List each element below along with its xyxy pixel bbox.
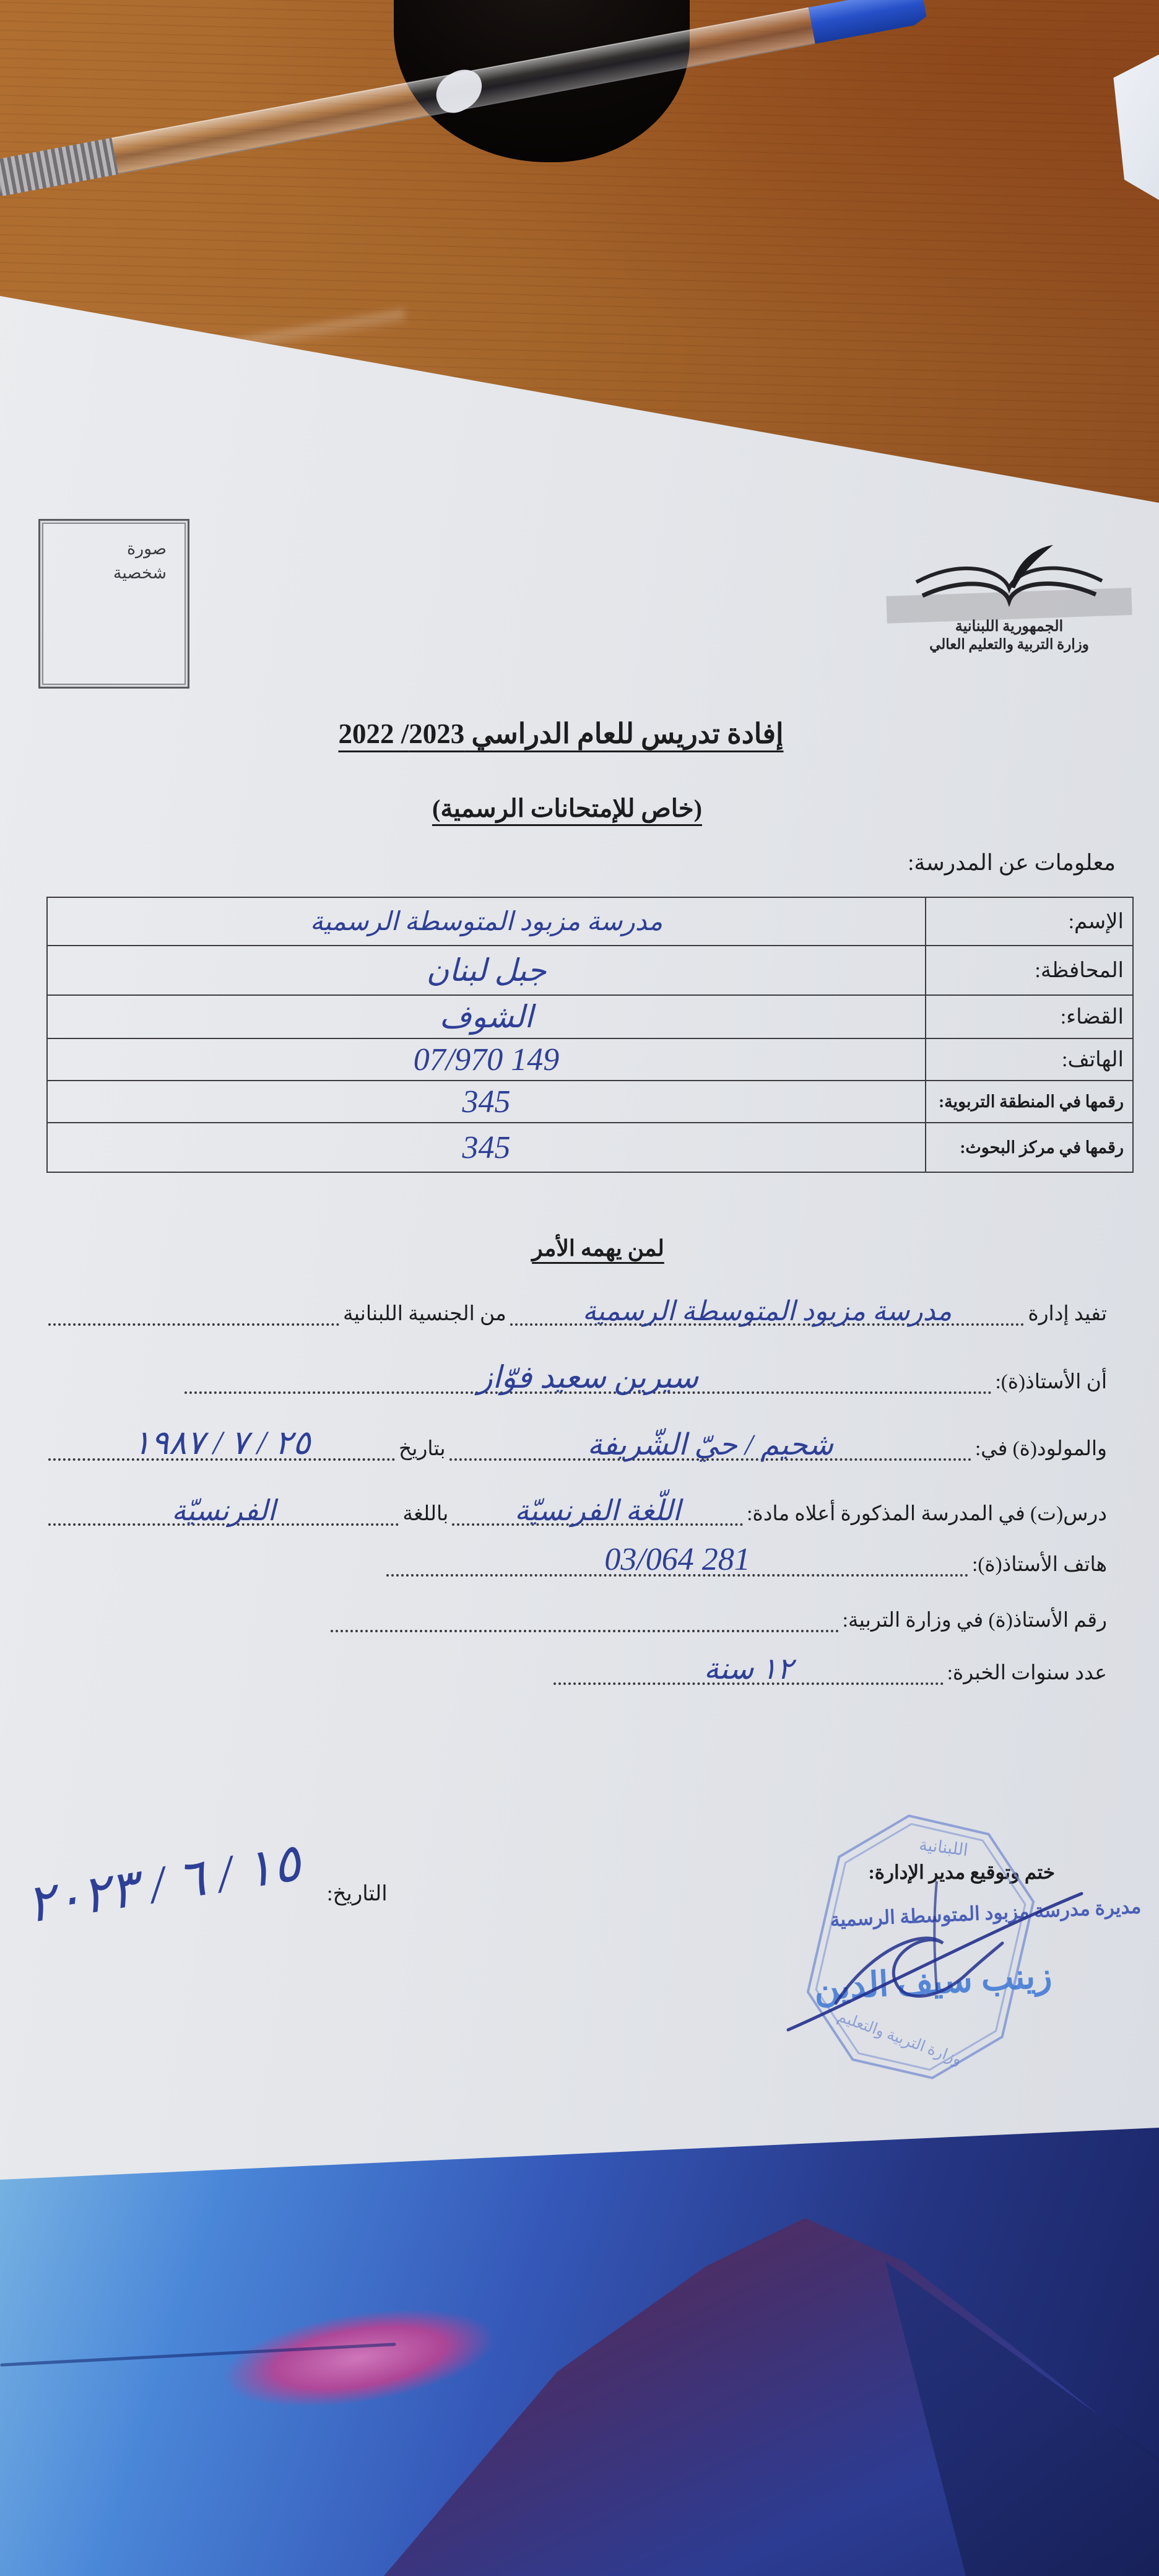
empty-blank (48, 1291, 339, 1326)
letter-line: والمولود(ة) في: شحيم / حيّ الشّريفة بتار… (48, 1426, 1111, 1461)
handwritten-language: الفرنسيّة (48, 1494, 399, 1527)
line-text: والمولود(ة) في: (971, 1436, 1111, 1461)
line-text: من الجنسية اللبنانية (339, 1301, 510, 1326)
table-row: رقمها في المنطقة التربوية: 345 (48, 1080, 1132, 1122)
row-value-handwritten: جبل لبنان (427, 952, 547, 988)
personal-photo-box: صورة شخصية (38, 519, 189, 689)
filled-blank: شحيم / حيّ الشّريفة (449, 1426, 971, 1461)
table-row: القضاء: الشوف (48, 994, 1132, 1038)
row-label: القضاء: (925, 996, 1132, 1038)
row-value-handwritten: 345 (462, 1084, 511, 1120)
filled-blank: 03/064 281 (386, 1542, 968, 1577)
filled-blank: سيرين سعيد فوّاز (184, 1359, 992, 1394)
row-value-handwritten: مدرسة مزبود المتوسطة الرسمية (310, 906, 662, 937)
handwritten-birthdate: ٢٥ / ٧ / ١٩٨٧ (48, 1423, 395, 1462)
row-value-handwritten: 345 (462, 1129, 511, 1166)
letter-line: درس(ت) في المدرسة المذكورة أعلاه مادة: ا… (48, 1491, 1111, 1526)
line-text: رقم الأستاذ(ة) في وزارة التربية: (839, 1608, 1111, 1632)
date-label: التاريخ: (327, 1881, 388, 1906)
table-row: الإسم: مدرسة مزبود المتوسطة الرسمية (48, 898, 1132, 945)
row-label: رقمها في المنطقة التربوية: (925, 1081, 1132, 1122)
handwritten-birthplace: شحيم / حيّ الشّريفة (449, 1427, 971, 1462)
ministry-name-line2: وزارة التربية والتعليم العالي (879, 637, 1139, 653)
line-text: بتاريخ (395, 1436, 449, 1461)
row-label: الهاتف: (925, 1039, 1132, 1080)
empty-blank (331, 1598, 839, 1632)
handwritten-school-name: مدرسة مزبود المتوسطة الرسمية (510, 1295, 1025, 1327)
photo-box-label-line2: شخصية (40, 561, 167, 585)
filled-blank: اللّغة الفرنسيّة (452, 1491, 743, 1526)
filled-blank: مدرسة مزبود المتوسطة الرسمية (510, 1291, 1025, 1326)
photo-of-document: صورة شخصية الجمهورية اللبنانية وزارة الت… (0, 0, 1159, 2576)
letter-line: عدد سنوات الخبرة: ١٢ سنة (553, 1650, 1111, 1685)
letter-line: هاتف الأستاذ(ة): 03/064 281 (386, 1542, 1111, 1577)
row-value-handwritten: 07/970 149 (414, 1042, 559, 1078)
ministry-logo: الجمهورية اللبنانية وزارة التربية والتعل… (879, 544, 1139, 674)
letter-line: رقم الأستاذ(ة) في وزارة التربية: (331, 1598, 1111, 1632)
document-subtitle: (خاص للإمتحانات الرسمية) (369, 794, 765, 823)
filled-blank: ٢٥ / ٧ / ١٩٨٧ (48, 1426, 395, 1461)
row-label: المحافظة: (925, 946, 1132, 994)
line-text: أن الأستاذ(ة): (992, 1369, 1111, 1394)
row-label: الإسم: (925, 898, 1132, 945)
table-row: الهاتف: 07/970 149 (48, 1038, 1132, 1080)
line-text: باللغة (399, 1501, 452, 1526)
line-text: عدد سنوات الخبرة: (944, 1660, 1111, 1685)
table-row: رقمها في مركز البحوث: 345 (48, 1122, 1132, 1172)
letter-heading: لمن يهمه الأمر (518, 1235, 679, 1261)
row-label: رقمها في مركز البحوث: (925, 1123, 1132, 1172)
ministry-name-line1: الجمهورية اللبنانية (879, 617, 1139, 635)
filled-blank: الفرنسيّة (48, 1491, 399, 1526)
line-text: درس(ت) في المدرسة المذكورة أعلاه مادة: (743, 1501, 1111, 1526)
handwritten-teacher-name: سيرين سعيد فوّاز (184, 1359, 992, 1395)
school-info-heading: معلومات عن المدرسة: (908, 850, 1116, 876)
handwritten-subject: اللّغة الفرنسيّة (452, 1494, 743, 1527)
signature-scribble (777, 1876, 1099, 2050)
line-text: تفيد إدارة (1024, 1301, 1111, 1326)
document-title: إفادة تدريس للعام الدراسي 2023/ 2022 (270, 717, 852, 750)
line-text: هاتف الأستاذ(ة): (968, 1552, 1111, 1577)
letter-line: تفيد إدارة مدرسة مزبود المتوسطة الرسمية … (48, 1291, 1111, 1326)
handwritten-date: ١٥ / ٦ / ٢٠٢٣ (6, 1829, 321, 1938)
handwritten-teacher-phone: 03/064 281 (386, 1541, 968, 1578)
open-book-icon (907, 544, 1111, 618)
filled-blank: ١٢ سنة (553, 1650, 944, 1685)
table-row: المحافظة: جبل لبنان (48, 945, 1132, 994)
school-info-table: الإسم: مدرسة مزبود المتوسطة الرسمية المح… (46, 897, 1134, 1173)
letter-line: أن الأستاذ(ة): سيرين سعيد فوّاز (184, 1359, 1111, 1394)
handwritten-experience-years: ١٢ سنة (553, 1651, 944, 1686)
row-value-handwritten: الشوف (440, 999, 533, 1035)
photo-box-label-line1: صورة (40, 537, 167, 561)
